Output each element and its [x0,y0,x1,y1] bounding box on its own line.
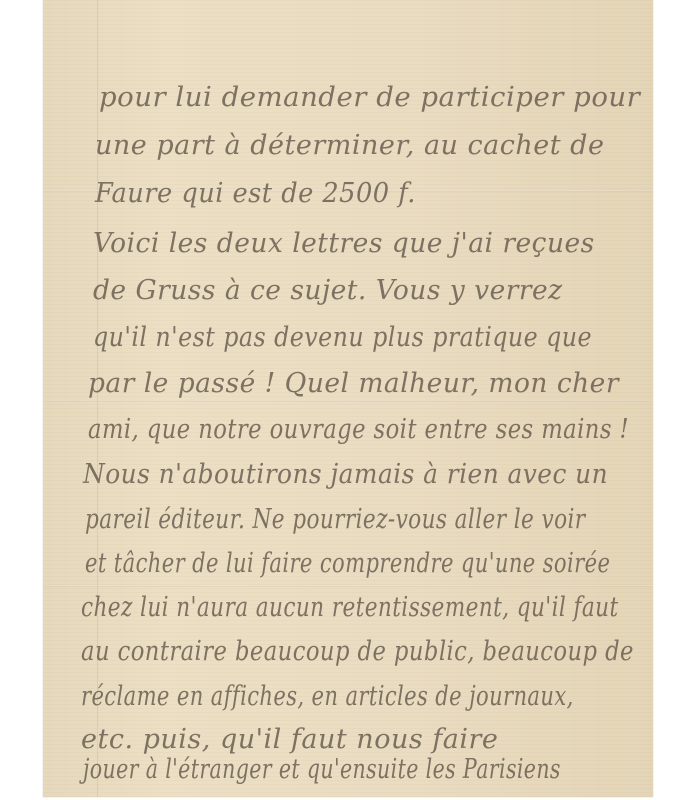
text-line-7: par le passé ! Quel malheur, mon cher [88,368,619,399]
text-line-6: qu'il n'est pas devenu plus pratique que [93,322,592,353]
text-line-14: réclame en affiches, en articles de jour… [81,681,574,712]
text-line-5: de Gruss à ce sujet. Vous y verrez [93,275,563,306]
letter-page: pour lui demander de participer pour une… [43,0,653,797]
horizontal-fold-line [43,400,653,402]
text-line-11: et tâcher de lui faire comprendre qu'une… [85,548,610,579]
horizontal-fold-line [43,585,653,587]
text-line-12: chez lui n'aura aucun retentissement, qu… [81,592,619,623]
text-line-10: pareil éditeur. Ne pourriez-vous aller l… [85,504,586,535]
text-line-15: etc. puis, qu'il faut nous faire [81,724,498,755]
text-line-9: Nous n'aboutirons jamais à rien avec un [83,459,608,490]
text-line-3: Faure qui est de 2500 f. [95,178,416,209]
text-line-4: Voici les deux lettres que j'ai reçues [93,228,595,259]
text-line-13: au contraire beaucoup de public, beaucou… [81,636,634,667]
text-line-8: ami, que notre ouvrage soit entre ses ma… [88,414,629,445]
text-line-2: une part à déterminer, au cachet de [95,130,604,161]
text-line-16: jouer à l'étranger et qu'ensuite les Par… [83,754,561,785]
text-line-1: pour lui demander de participer pour [99,82,640,113]
